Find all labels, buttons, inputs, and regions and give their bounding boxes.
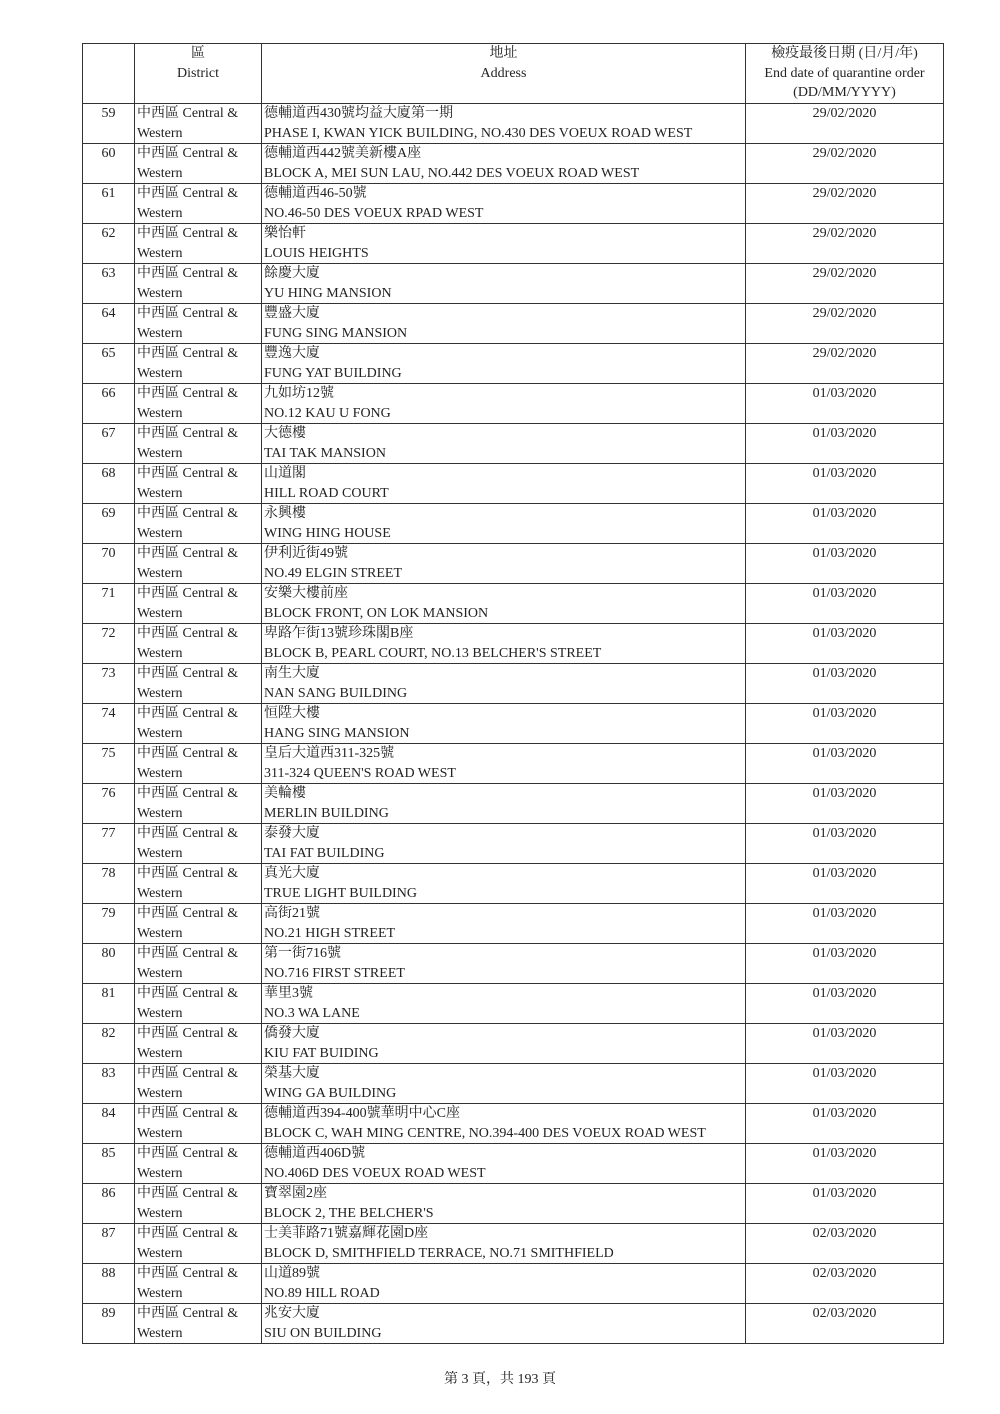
row-end-date: 01/03/2020: [746, 1104, 944, 1144]
row-district-zh: 中西區 Central &: [137, 904, 261, 924]
row-district-zh: 中西區 Central &: [137, 264, 261, 284]
table-row: 66 中西區 Central & Western 九如坊12號 NO.12 KA…: [83, 384, 944, 424]
row-address-en: HILL ROAD COURT: [264, 484, 745, 504]
row-address-en: FUNG YAT BUILDING: [264, 364, 745, 384]
row-address: 伊利近街49號 NO.49 ELGIN STREET: [262, 544, 746, 584]
row-address: 豐逸大廈 FUNG YAT BUILDING: [262, 344, 746, 384]
row-district-en: Western: [137, 684, 261, 704]
row-district-en: Western: [137, 1324, 261, 1344]
row-address-en: HANG SING MANSION: [264, 724, 745, 744]
row-district-zh: 中西區 Central &: [137, 824, 261, 844]
table-row: 62 中西區 Central & Western 樂怡軒 LOUIS HEIGH…: [83, 224, 944, 264]
row-address-zh: 永興樓: [264, 504, 745, 524]
row-address-zh: 南生大廈: [264, 664, 745, 684]
header-address: 地址 Address: [262, 44, 746, 104]
row-address-zh: 寶翠園2座: [264, 1184, 745, 1204]
table-row: 87 中西區 Central & Western 士美菲路71號嘉輝花園D座 B…: [83, 1224, 944, 1264]
table-body: 59 中西區 Central & Western 德輔道西430號均益大廈第一期…: [83, 104, 944, 1344]
row-district-zh: 中西區 Central &: [137, 1024, 261, 1044]
table-row: 77 中西區 Central & Western 泰發大廈 TAI FAT BU…: [83, 824, 944, 864]
row-district: 中西區 Central & Western: [135, 1104, 262, 1144]
row-district: 中西區 Central & Western: [135, 1304, 262, 1344]
row-address: 美輪樓 MERLIN BUILDING: [262, 784, 746, 824]
row-number: 66: [83, 384, 135, 424]
page-number: 第 3 頁，共 193 頁: [0, 1368, 1000, 1388]
row-end-date: 29/02/2020: [746, 304, 944, 344]
row-district-zh: 中西區 Central &: [137, 664, 261, 684]
row-address-en: NO.49 ELGIN STREET: [264, 564, 745, 584]
row-address-en: BLOCK FRONT, ON LOK MANSION: [264, 604, 745, 624]
row-number: 85: [83, 1144, 135, 1184]
row-district: 中西區 Central & Western: [135, 744, 262, 784]
row-district: 中西區 Central & Western: [135, 584, 262, 624]
row-district-zh: 中西區 Central &: [137, 304, 261, 324]
row-address-zh: 德輔道西406D號: [264, 1144, 745, 1164]
row-address-zh: 兆安大廈: [264, 1304, 745, 1324]
table-row: 84 中西區 Central & Western 德輔道西394-400號華明中…: [83, 1104, 944, 1144]
table-row: 89 中西區 Central & Western 兆安大廈 SIU ON BUI…: [83, 1304, 944, 1344]
row-district-en: Western: [137, 764, 261, 784]
row-district-en: Western: [137, 884, 261, 904]
row-district-zh: 中西區 Central &: [137, 864, 261, 884]
row-district-en: Western: [137, 324, 261, 344]
row-district: 中西區 Central & Western: [135, 824, 262, 864]
row-district-en: Western: [137, 284, 261, 304]
row-address: 南生大廈 NAN SANG BUILDING: [262, 664, 746, 704]
row-district-en: Western: [137, 1204, 261, 1224]
row-address-en: NO.406D DES VOEUX ROAD WEST: [264, 1164, 745, 1184]
table-row: 72 中西區 Central & Western 卑路乍街13號珍珠閣B座 BL…: [83, 624, 944, 664]
row-number: 70: [83, 544, 135, 584]
row-end-date: 01/03/2020: [746, 864, 944, 904]
row-district: 中西區 Central & Western: [135, 1064, 262, 1104]
row-number: 63: [83, 264, 135, 304]
row-address: 德輔道西46-50號 NO.46-50 DES VOEUX RPAD WEST: [262, 184, 746, 224]
row-district: 中西區 Central & Western: [135, 384, 262, 424]
row-number: 77: [83, 824, 135, 864]
row-district-en: Western: [137, 404, 261, 424]
row-district: 中西區 Central & Western: [135, 1264, 262, 1304]
row-district-en: Western: [137, 204, 261, 224]
row-number: 89: [83, 1304, 135, 1344]
row-end-date: 29/02/2020: [746, 264, 944, 304]
row-address-zh: 九如坊12號: [264, 384, 745, 404]
row-end-date: 02/03/2020: [746, 1224, 944, 1264]
table-row: 88 中西區 Central & Western 山道89號 NO.89 HIL…: [83, 1264, 944, 1304]
row-address-zh: 山道閣: [264, 464, 745, 484]
row-address-en: WING GA BUILDING: [264, 1084, 745, 1104]
table-row: 70 中西區 Central & Western 伊利近街49號 NO.49 E…: [83, 544, 944, 584]
row-address-en: PHASE I, KWAN YICK BUILDING, NO.430 DES …: [264, 124, 745, 144]
row-district-zh: 中西區 Central &: [137, 184, 261, 204]
row-address-zh: 士美菲路71號嘉輝花園D座: [264, 1224, 745, 1244]
header-district-en: District: [135, 64, 261, 84]
row-number: 80: [83, 944, 135, 984]
row-district-zh: 中西區 Central &: [137, 1144, 261, 1164]
row-district: 中西區 Central & Western: [135, 864, 262, 904]
row-address-en: BLOCK C, WAH MING CENTRE, NO.394-400 DES…: [264, 1124, 745, 1144]
row-district: 中西區 Central & Western: [135, 624, 262, 664]
header-district-zh: 區: [135, 44, 261, 64]
table-row: 64 中西區 Central & Western 豐盛大廈 FUNG SING …: [83, 304, 944, 344]
row-district: 中西區 Central & Western: [135, 664, 262, 704]
row-end-date: 01/03/2020: [746, 624, 944, 664]
row-address-zh: 德輔道西394-400號華明中心C座: [264, 1104, 745, 1124]
row-address: 德輔道西394-400號華明中心C座 BLOCK C, WAH MING CEN…: [262, 1104, 746, 1144]
row-address-en: NO.12 KAU U FONG: [264, 404, 745, 424]
row-number: 75: [83, 744, 135, 784]
table-row: 63 中西區 Central & Western 餘慶大廈 YU HING MA…: [83, 264, 944, 304]
row-district-en: Western: [137, 1244, 261, 1264]
row-end-date: 02/03/2020: [746, 1304, 944, 1344]
row-address-zh: 皇后大道西311-325號: [264, 744, 745, 764]
row-address-en: NO.89 HILL ROAD: [264, 1284, 745, 1304]
quarantine-address-table: 區 District 地址 Address 檢疫最後日期 (日/月/年) End…: [82, 43, 944, 1344]
row-address: 永興樓 WING HING HOUSE: [262, 504, 746, 544]
row-address-zh: 豐盛大廈: [264, 304, 745, 324]
table-row: 82 中西區 Central & Western 僑發大廈 KIU FAT BU…: [83, 1024, 944, 1064]
row-district: 中西區 Central & Western: [135, 464, 262, 504]
header-date-format: (DD/MM/YYYY): [746, 83, 943, 103]
table-row: 76 中西區 Central & Western 美輪樓 MERLIN BUIL…: [83, 784, 944, 824]
row-district: 中西區 Central & Western: [135, 344, 262, 384]
row-number: 69: [83, 504, 135, 544]
row-address-zh: 泰發大廈: [264, 824, 745, 844]
row-district-en: Western: [137, 484, 261, 504]
row-address-en: BLOCK A, MEI SUN LAU, NO.442 DES VOEUX R…: [264, 164, 745, 184]
row-number: 68: [83, 464, 135, 504]
row-district-en: Western: [137, 644, 261, 664]
row-address-en: TAI TAK MANSION: [264, 444, 745, 464]
table-row: 68 中西區 Central & Western 山道閣 HILL ROAD C…: [83, 464, 944, 504]
row-district: 中西區 Central & Western: [135, 904, 262, 944]
row-address: 德輔道西442號美新樓A座 BLOCK A, MEI SUN LAU, NO.4…: [262, 144, 746, 184]
row-end-date: 01/03/2020: [746, 544, 944, 584]
row-address-zh: 卑路乍街13號珍珠閣B座: [264, 624, 745, 644]
row-address: 泰發大廈 TAI FAT BUILDING: [262, 824, 746, 864]
row-district-zh: 中西區 Central &: [137, 1064, 261, 1084]
header-date: 檢疫最後日期 (日/月/年) End date of quarantine or…: [746, 44, 944, 104]
row-district-en: Western: [137, 1164, 261, 1184]
row-end-date: 01/03/2020: [746, 904, 944, 944]
table-row: 73 中西區 Central & Western 南生大廈 NAN SANG B…: [83, 664, 944, 704]
row-district: 中西區 Central & Western: [135, 784, 262, 824]
table-row: 69 中西區 Central & Western 永興樓 WING HING H…: [83, 504, 944, 544]
row-address: 兆安大廈 SIU ON BUILDING: [262, 1304, 746, 1344]
row-address-en: NO.716 FIRST STREET: [264, 964, 745, 984]
row-end-date: 01/03/2020: [746, 744, 944, 784]
row-number: 67: [83, 424, 135, 464]
row-address: 士美菲路71號嘉輝花園D座 BLOCK D, SMITHFIELD TERRAC…: [262, 1224, 746, 1264]
table-row: 85 中西區 Central & Western 德輔道西406D號 NO.40…: [83, 1144, 944, 1184]
row-end-date: 01/03/2020: [746, 944, 944, 984]
row-district: 中西區 Central & Western: [135, 424, 262, 464]
row-end-date: 29/02/2020: [746, 224, 944, 264]
row-address-en: NO.21 HIGH STREET: [264, 924, 745, 944]
table-row: 59 中西區 Central & Western 德輔道西430號均益大廈第一期…: [83, 104, 944, 144]
row-district: 中西區 Central & Western: [135, 984, 262, 1024]
row-number: 60: [83, 144, 135, 184]
row-address-en: MERLIN BUILDING: [264, 804, 745, 824]
row-district-en: Western: [137, 1284, 261, 1304]
table-row: 83 中西區 Central & Western 榮基大廈 WING GA BU…: [83, 1064, 944, 1104]
row-end-date: 01/03/2020: [746, 464, 944, 504]
row-address-zh: 大德樓: [264, 424, 745, 444]
row-address-en: BLOCK D, SMITHFIELD TERRACE, NO.71 SMITH…: [264, 1244, 745, 1264]
row-number: 61: [83, 184, 135, 224]
row-address-en: LOUIS HEIGHTS: [264, 244, 745, 264]
row-district-zh: 中西區 Central &: [137, 984, 261, 1004]
table-row: 79 中西區 Central & Western 高街21號 NO.21 HIG…: [83, 904, 944, 944]
row-address-en: TRUE LIGHT BUILDING: [264, 884, 745, 904]
row-district-zh: 中西區 Central &: [137, 504, 261, 524]
row-district: 中西區 Central & Western: [135, 1024, 262, 1064]
row-address-en: FUNG SING MANSION: [264, 324, 745, 344]
row-address-en: NO.3 WA LANE: [264, 1004, 745, 1024]
row-number: 82: [83, 1024, 135, 1064]
row-end-date: 01/03/2020: [746, 664, 944, 704]
row-end-date: 29/02/2020: [746, 344, 944, 384]
row-address-zh: 第一街716號: [264, 944, 745, 964]
row-district-en: Western: [137, 724, 261, 744]
row-number: 86: [83, 1184, 135, 1224]
row-number: 88: [83, 1264, 135, 1304]
row-district: 中西區 Central & Western: [135, 1184, 262, 1224]
row-district: 中西區 Central & Western: [135, 944, 262, 984]
row-district-en: Western: [137, 564, 261, 584]
row-number: 71: [83, 584, 135, 624]
row-address-en: BLOCK B, PEARL COURT, NO.13 BELCHER'S ST…: [264, 644, 745, 664]
row-district-en: Western: [137, 1084, 261, 1104]
row-end-date: 01/03/2020: [746, 1024, 944, 1064]
row-number: 84: [83, 1104, 135, 1144]
row-district-zh: 中西區 Central &: [137, 1224, 261, 1244]
table-row: 80 中西區 Central & Western 第一街716號 NO.716 …: [83, 944, 944, 984]
row-address-en: SIU ON BUILDING: [264, 1324, 745, 1344]
row-district: 中西區 Central & Western: [135, 104, 262, 144]
row-district: 中西區 Central & Western: [135, 544, 262, 584]
row-district-zh: 中西區 Central &: [137, 1184, 261, 1204]
row-address-zh: 餘慶大廈: [264, 264, 745, 284]
row-address: 卑路乍街13號珍珠閣B座 BLOCK B, PEARL COURT, NO.13…: [262, 624, 746, 664]
row-district-zh: 中西區 Central &: [137, 384, 261, 404]
row-district-en: Western: [137, 844, 261, 864]
row-address: 九如坊12號 NO.12 KAU U FONG: [262, 384, 746, 424]
row-district-en: Western: [137, 964, 261, 984]
row-number: 81: [83, 984, 135, 1024]
row-address-zh: 德輔道西46-50號: [264, 184, 745, 204]
row-district: 中西區 Central & Western: [135, 1224, 262, 1264]
row-address-zh: 榮基大廈: [264, 1064, 745, 1084]
table-row: 65 中西區 Central & Western 豐逸大廈 FUNG YAT B…: [83, 344, 944, 384]
row-district-zh: 中西區 Central &: [137, 624, 261, 644]
row-district-zh: 中西區 Central &: [137, 144, 261, 164]
table-row: 75 中西區 Central & Western 皇后大道西311-325號 3…: [83, 744, 944, 784]
table-row: 78 中西區 Central & Western 真光大廈 TRUE LIGHT…: [83, 864, 944, 904]
row-address-en: WING HING HOUSE: [264, 524, 745, 544]
row-district-zh: 中西區 Central &: [137, 424, 261, 444]
row-address: 高街21號 NO.21 HIGH STREET: [262, 904, 746, 944]
row-end-date: 01/03/2020: [746, 584, 944, 624]
row-end-date: 01/03/2020: [746, 704, 944, 744]
row-address-zh: 僑發大廈: [264, 1024, 745, 1044]
row-address-en: 311-324 QUEEN'S ROAD WEST: [264, 764, 745, 784]
row-district: 中西區 Central & Western: [135, 504, 262, 544]
row-number: 78: [83, 864, 135, 904]
row-address: 餘慶大廈 YU HING MANSION: [262, 264, 746, 304]
row-address-en: NO.46-50 DES VOEUX RPAD WEST: [264, 204, 745, 224]
row-number: 64: [83, 304, 135, 344]
row-district-en: Western: [137, 244, 261, 264]
header-date-zh: 檢疫最後日期 (日/月/年): [746, 44, 943, 64]
row-district-en: Western: [137, 924, 261, 944]
row-district-zh: 中西區 Central &: [137, 344, 261, 364]
row-address-en: KIU FAT BUIDING: [264, 1044, 745, 1064]
row-district-en: Western: [137, 124, 261, 144]
row-district-zh: 中西區 Central &: [137, 544, 261, 564]
row-number: 83: [83, 1064, 135, 1104]
row-district: 中西區 Central & Western: [135, 264, 262, 304]
row-number: 62: [83, 224, 135, 264]
row-address-en: TAI FAT BUILDING: [264, 844, 745, 864]
row-address: 山道閣 HILL ROAD COURT: [262, 464, 746, 504]
row-district-en: Western: [137, 524, 261, 544]
row-district-en: Western: [137, 1044, 261, 1064]
table-row: 86 中西區 Central & Western 寶翠園2座 BLOCK 2, …: [83, 1184, 944, 1224]
row-end-date: 01/03/2020: [746, 424, 944, 464]
row-address-zh: 德輔道西430號均益大廈第一期: [264, 104, 745, 124]
row-number: 76: [83, 784, 135, 824]
row-end-date: 29/02/2020: [746, 104, 944, 144]
row-address: 皇后大道西311-325號 311-324 QUEEN'S ROAD WEST: [262, 744, 746, 784]
row-district-zh: 中西區 Central &: [137, 104, 261, 124]
header-address-en: Address: [262, 64, 745, 84]
row-address: 華里3號 NO.3 WA LANE: [262, 984, 746, 1024]
table-header: 區 District 地址 Address 檢疫最後日期 (日/月/年) End…: [83, 44, 944, 104]
row-address: 恒陞大樓 HANG SING MANSION: [262, 704, 746, 744]
row-district-zh: 中西區 Central &: [137, 944, 261, 964]
table-row: 74 中西區 Central & Western 恒陞大樓 HANG SING …: [83, 704, 944, 744]
row-address-en: YU HING MANSION: [264, 284, 745, 304]
row-address: 德輔道西430號均益大廈第一期 PHASE I, KWAN YICK BUILD…: [262, 104, 746, 144]
row-district: 中西區 Central & Western: [135, 144, 262, 184]
row-address-zh: 伊利近街49號: [264, 544, 745, 564]
row-number: 65: [83, 344, 135, 384]
row-end-date: 01/03/2020: [746, 984, 944, 1024]
row-district-en: Western: [137, 1124, 261, 1144]
row-district-en: Western: [137, 444, 261, 464]
row-address: 真光大廈 TRUE LIGHT BUILDING: [262, 864, 746, 904]
header-date-en: End date of quarantine order: [746, 64, 943, 84]
row-end-date: 01/03/2020: [746, 504, 944, 544]
row-district-en: Western: [137, 1004, 261, 1024]
row-district: 中西區 Central & Western: [135, 704, 262, 744]
row-district-zh: 中西區 Central &: [137, 744, 261, 764]
row-address-zh: 安樂大樓前座: [264, 584, 745, 604]
table-row: 67 中西區 Central & Western 大德樓 TAI TAK MAN…: [83, 424, 944, 464]
row-end-date: 01/03/2020: [746, 784, 944, 824]
row-end-date: 01/03/2020: [746, 1064, 944, 1104]
row-number: 79: [83, 904, 135, 944]
row-district: 中西區 Central & Western: [135, 1144, 262, 1184]
row-district-zh: 中西區 Central &: [137, 704, 261, 724]
header-number: [83, 44, 135, 104]
row-address-zh: 真光大廈: [264, 864, 745, 884]
table-row: 81 中西區 Central & Western 華里3號 NO.3 WA LA…: [83, 984, 944, 1024]
header-address-zh: 地址: [262, 44, 745, 64]
row-number: 87: [83, 1224, 135, 1264]
row-address-en: BLOCK 2, THE BELCHER'S: [264, 1204, 745, 1224]
row-end-date: 01/03/2020: [746, 384, 944, 424]
row-number: 72: [83, 624, 135, 664]
row-district-en: Western: [137, 364, 261, 384]
header-district: 區 District: [135, 44, 262, 104]
row-address-en: NAN SANG BUILDING: [264, 684, 745, 704]
row-address-zh: 高街21號: [264, 904, 745, 924]
row-address-zh: 山道89號: [264, 1264, 745, 1284]
row-address: 大德樓 TAI TAK MANSION: [262, 424, 746, 464]
row-end-date: 02/03/2020: [746, 1264, 944, 1304]
row-district-zh: 中西區 Central &: [137, 784, 261, 804]
row-address-zh: 恒陞大樓: [264, 704, 745, 724]
row-address-zh: 豐逸大廈: [264, 344, 745, 364]
row-address: 安樂大樓前座 BLOCK FRONT, ON LOK MANSION: [262, 584, 746, 624]
row-district: 中西區 Central & Western: [135, 184, 262, 224]
row-number: 59: [83, 104, 135, 144]
row-address: 寶翠園2座 BLOCK 2, THE BELCHER'S: [262, 1184, 746, 1224]
row-address-zh: 德輔道西442號美新樓A座: [264, 144, 745, 164]
row-number: 74: [83, 704, 135, 744]
row-end-date: 29/02/2020: [746, 184, 944, 224]
row-address: 豐盛大廈 FUNG SING MANSION: [262, 304, 746, 344]
row-district-zh: 中西區 Central &: [137, 1264, 261, 1284]
row-number: 73: [83, 664, 135, 704]
row-district: 中西區 Central & Western: [135, 304, 262, 344]
row-address: 德輔道西406D號 NO.406D DES VOEUX ROAD WEST: [262, 1144, 746, 1184]
row-district-en: Western: [137, 604, 261, 624]
row-address: 山道89號 NO.89 HILL ROAD: [262, 1264, 746, 1304]
row-district: 中西區 Central & Western: [135, 224, 262, 264]
table-row: 60 中西區 Central & Western 德輔道西442號美新樓A座 B…: [83, 144, 944, 184]
row-address-zh: 美輪樓: [264, 784, 745, 804]
row-district-en: Western: [137, 164, 261, 184]
row-address: 榮基大廈 WING GA BUILDING: [262, 1064, 746, 1104]
row-district-zh: 中西區 Central &: [137, 464, 261, 484]
row-end-date: 01/03/2020: [746, 1184, 944, 1224]
row-address-zh: 華里3號: [264, 984, 745, 1004]
row-address-zh: 樂怡軒: [264, 224, 745, 244]
row-end-date: 29/02/2020: [746, 144, 944, 184]
table-row: 71 中西區 Central & Western 安樂大樓前座 BLOCK FR…: [83, 584, 944, 624]
row-address: 第一街716號 NO.716 FIRST STREET: [262, 944, 746, 984]
row-address: 僑發大廈 KIU FAT BUIDING: [262, 1024, 746, 1064]
row-end-date: 01/03/2020: [746, 824, 944, 864]
row-district-zh: 中西區 Central &: [137, 1104, 261, 1124]
table-row: 61 中西區 Central & Western 德輔道西46-50號 NO.4…: [83, 184, 944, 224]
row-end-date: 01/03/2020: [746, 1144, 944, 1184]
row-district-zh: 中西區 Central &: [137, 1304, 261, 1324]
row-district-en: Western: [137, 804, 261, 824]
row-district-zh: 中西區 Central &: [137, 584, 261, 604]
row-district-zh: 中西區 Central &: [137, 224, 261, 244]
row-address: 樂怡軒 LOUIS HEIGHTS: [262, 224, 746, 264]
